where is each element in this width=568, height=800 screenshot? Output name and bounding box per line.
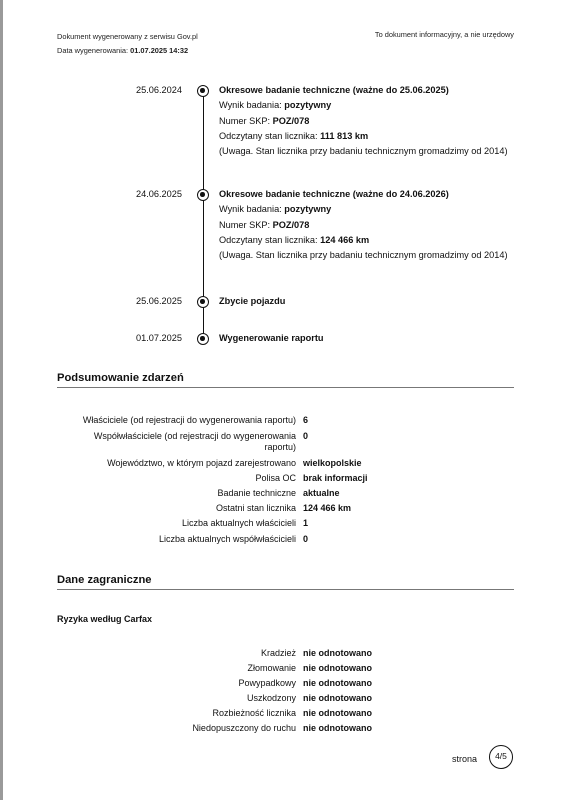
risk-value: nie odnotowano [303, 708, 372, 719]
risk-value: nie odnotowano [303, 723, 372, 734]
summary-label: Współwłaściciele (od rejestracji do wyge… [76, 431, 296, 453]
summary-value: 1 [303, 518, 308, 529]
generated-date: Data wygenerowania: 01.07.2025 14:32 [57, 44, 198, 58]
skp-number: Numer SKP: POZ/078 [219, 218, 519, 233]
test-result: Wynik badania: pozytywny [219, 98, 519, 113]
risk-label: Rozbieżność licznika [36, 708, 296, 719]
event-title: Zbycie pojazdu [219, 294, 519, 309]
risk-value: nie odnotowano [303, 663, 372, 674]
section-divider [57, 387, 514, 388]
event-title: Okresowe badanie techniczne (ważne do 24… [219, 187, 519, 202]
event-date: 24.06.2025 [136, 187, 182, 202]
summary-value: 6 [303, 415, 308, 426]
event-date: 25.06.2025 [136, 294, 182, 309]
event-details: Okresowe badanie techniczne (ważne do 24… [219, 187, 519, 263]
event-details: Wygenerowanie raportu [219, 331, 519, 346]
generated-date-label: Data wygenerowania: [57, 46, 130, 55]
risk-label: Powypadkowy [36, 678, 296, 689]
summary-value: aktualne [303, 488, 340, 499]
risk-label: Uszkodzony [36, 693, 296, 704]
risk-label: Niedopuszczony do ruchu [36, 723, 296, 734]
summary-label: Właściciele (od rejestracji do wygenerow… [36, 415, 296, 426]
summary-value: 0 [303, 534, 308, 545]
risk-value: nie odnotowano [303, 678, 372, 689]
foreign-section-title: Dane zagraniczne [57, 574, 152, 586]
timeline-dot-icon [197, 333, 209, 345]
summary-label: Województwo, w którym pojazd zarejestrow… [36, 458, 296, 469]
page-edge [0, 0, 3, 800]
disclaimer: To dokument informacyjny, a nie urzędowy [375, 30, 514, 39]
test-result: Wynik badania: pozytywny [219, 202, 519, 217]
skp-number: Numer SKP: POZ/078 [219, 114, 519, 129]
summary-label: Liczba aktualnych współwłaścicieli [36, 534, 296, 545]
odometer-note: (Uwaga. Stan licznika przy badaniu techn… [219, 248, 519, 263]
event-date: 25.06.2024 [136, 83, 182, 98]
timeline-dot-icon [197, 85, 209, 97]
summary-value: 0 [303, 431, 308, 442]
event-details: Okresowe badanie techniczne (ważne do 25… [219, 83, 519, 159]
risk-value: nie odnotowano [303, 693, 372, 704]
summary-label: Polisa OC [36, 473, 296, 484]
generated-date-value: 01.07.2025 14:32 [130, 46, 188, 55]
odometer-reading: Odczytany stan licznika: 124 466 km [219, 233, 519, 248]
summary-value: brak informacji [303, 473, 368, 484]
summary-section-title: Podsumowanie zdarzeń [57, 372, 184, 384]
event-date: 01.07.2025 [136, 331, 182, 346]
section-divider [57, 589, 514, 590]
summary-value: wielkopolskie [303, 458, 362, 469]
odometer-reading: Odczytany stan licznika: 111 813 km [219, 129, 519, 144]
summary-label: Liczba aktualnych właścicieli [36, 518, 296, 529]
odometer-note: (Uwaga. Stan licznika przy badaniu techn… [219, 144, 519, 159]
page-label: strona [452, 754, 477, 764]
event-details: Zbycie pojazdu [219, 294, 519, 309]
timeline-dot-icon [197, 189, 209, 201]
summary-label: Ostatni stan licznika [36, 503, 296, 514]
carfax-subheading: Ryzyka według Carfax [57, 614, 152, 624]
risk-label: Złomowanie [36, 663, 296, 674]
risk-value: nie odnotowano [303, 648, 372, 659]
summary-value: 124 466 km [303, 503, 351, 514]
timeline-dot-icon [197, 296, 209, 308]
event-title: Wygenerowanie raportu [219, 331, 519, 346]
summary-label: Badanie techniczne [36, 488, 296, 499]
source-text: Dokument wygenerowany z serwisu Gov.pl [57, 30, 198, 44]
risk-label: Kradzież [36, 648, 296, 659]
event-title: Okresowe badanie techniczne (ważne do 25… [219, 83, 519, 98]
document-header: Dokument wygenerowany z serwisu Gov.pl D… [57, 30, 198, 58]
page-number: 4/5 [489, 745, 513, 769]
